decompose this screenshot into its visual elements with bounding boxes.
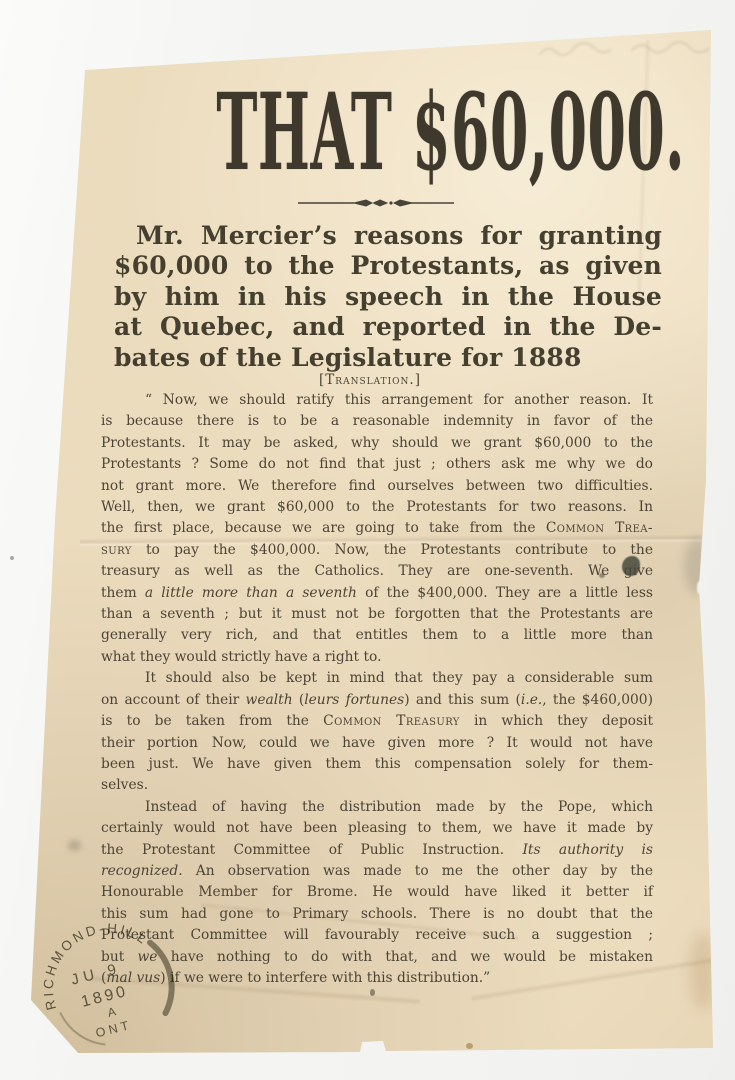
text-line: by him in his speech in the House <box>114 282 662 312</box>
text-line: not grant more. We therefore find oursel… <box>101 476 653 497</box>
text-line: bates of the Legislature for 1888 <box>114 343 662 373</box>
speck <box>466 1043 473 1049</box>
paragraph: It should also be kept in mind that they… <box>101 668 653 796</box>
text-line: what they would strictly have a right to… <box>101 647 653 668</box>
photo-background: THAT $60,000. Mr. Mercier’s reasons for … <box>0 0 735 1080</box>
text-line: sury to pay the $400,000. Now, the Prote… <box>101 540 653 561</box>
smudge <box>68 840 81 851</box>
page-title-text: THAT $60,000. <box>216 76 685 187</box>
text-line: is because there is to be a reasonable i… <box>101 411 653 432</box>
postmark-stamp: RICHMOND-HILL JU 9 1890 A ONT <box>34 902 184 1062</box>
edge-chip <box>697 580 708 595</box>
text-line: than a seventh ; but it must not be forg… <box>101 604 653 625</box>
speck <box>370 989 375 996</box>
dust-speck <box>10 556 14 560</box>
text-line: at Quebec, and reported in the De- <box>114 312 662 342</box>
text-line: Protestants. It may be asked, why should… <box>101 433 653 454</box>
text-line: Mr. Mercier’s reasons for granting <box>114 221 662 251</box>
text-line: Protestants ? Some do not find that just… <box>101 454 653 475</box>
text-line: recognized. An observation was made to m… <box>101 861 653 882</box>
text-line: their portion Now, could we have given m… <box>101 733 653 754</box>
body-text-block: “ Now, we should ratify this arrangement… <box>101 390 653 989</box>
page-title: THAT $60,000. <box>0 76 735 187</box>
paragraph: “ Now, we should ratify this arrangement… <box>101 390 653 668</box>
text-line: treasury as well as the Catholics. They … <box>101 561 653 582</box>
text-line: on account of their wealth (leurs fortun… <box>101 690 653 711</box>
text-line: the Protestant Committee of Public Instr… <box>101 840 653 861</box>
text-line: generally very rich, and that entitles t… <box>101 625 653 646</box>
text-line: the first place, because we are going to… <box>101 518 653 539</box>
postmark-index-letter: A <box>106 1004 117 1020</box>
text-line: selves. <box>101 775 653 796</box>
text-line: been just. We have given them this compe… <box>101 754 653 775</box>
text-line: is to be taken from the Common Treasury … <box>101 711 653 732</box>
text-line: Instead of having the distribution made … <box>101 797 653 818</box>
postmark-date: JU 9 <box>69 960 122 989</box>
stain-mark <box>684 538 710 594</box>
postmark-province: ONT <box>94 1018 133 1041</box>
text-line: them a little more than a seventh of the… <box>101 583 653 604</box>
text-line: certainly would not have been pleasing t… <box>101 818 653 839</box>
translation-label: [Translation.] <box>100 372 640 388</box>
text-line: $60,000 to the Protestants, as given <box>114 251 662 281</box>
stain-mark <box>690 932 716 1010</box>
text-line: Well, then, we grant $60,000 to the Prot… <box>101 497 653 518</box>
text-line: “ Now, we should ratify this arrangement… <box>101 390 653 411</box>
text-line: It should also be kept in mind that they… <box>101 668 653 689</box>
subtitle-block: Mr. Mercier’s reasons for granting$60,00… <box>114 221 662 373</box>
faint-handwriting <box>536 28 716 72</box>
postmark-year: 1890 <box>80 983 130 1011</box>
ornament-divider-icon <box>296 196 456 210</box>
text-line: Honourable Member for Brome. He would ha… <box>101 882 653 903</box>
